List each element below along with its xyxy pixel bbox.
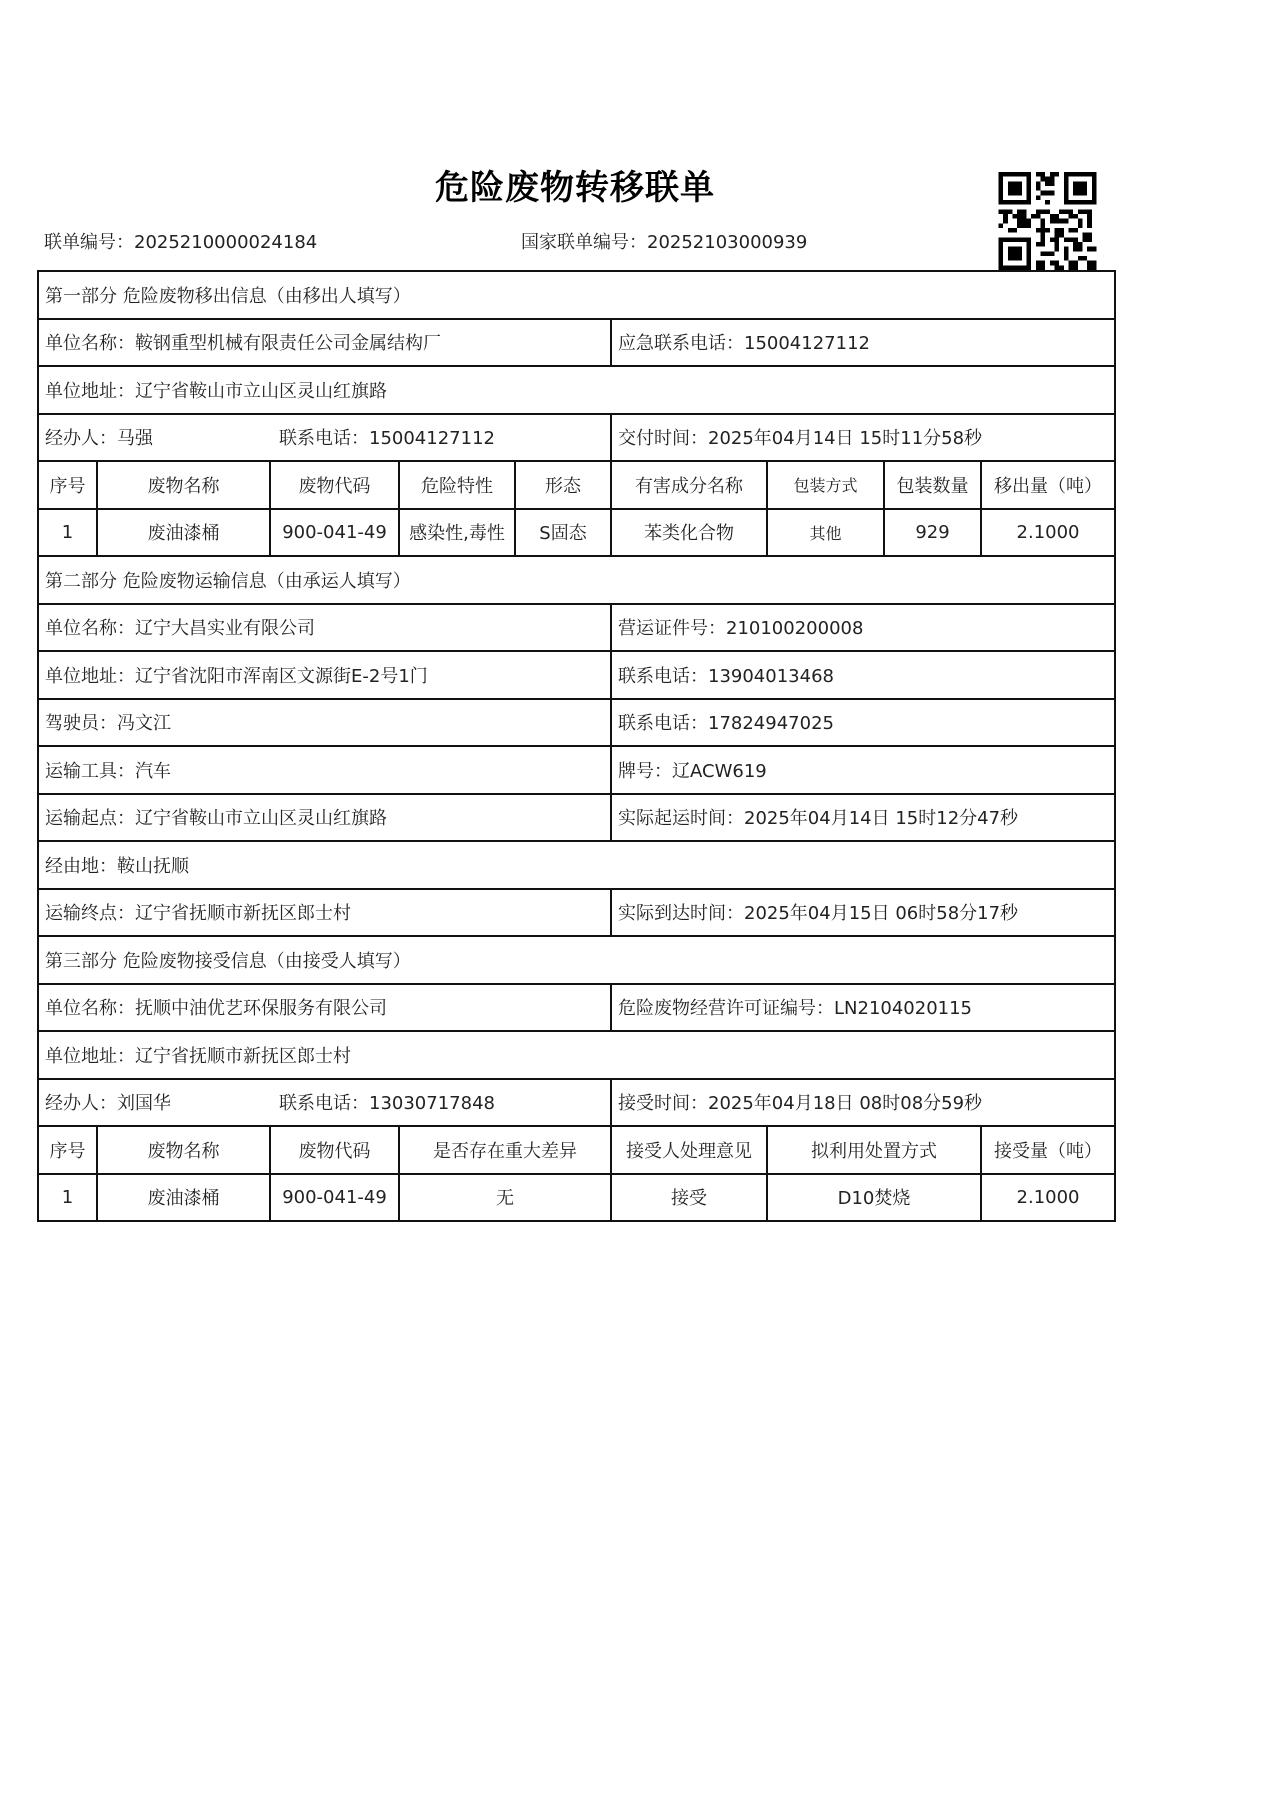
col-waste-name: 废物名称 [97, 1126, 270, 1174]
national-number-value: 20252103000939 [647, 232, 807, 253]
col-waste-code: 废物代码 [270, 461, 399, 509]
col-form: 形态 [515, 461, 611, 509]
col-seq: 序号 [38, 461, 97, 509]
part1-handler-phone: 联系电话：15004127112 [279, 428, 495, 449]
part3-columns-row: 序号 废物名称 废物代码 是否存在重大差异 接受人处理意见 拟利用处置方式 接受… [38, 1126, 1115, 1174]
part3-handler: 经办人：刘国华 [45, 1089, 279, 1115]
part1-delivery-time: 交付时间：2025年04月14日 15时11分58秒 [611, 414, 1115, 462]
part3-unit-name: 单位名称：抚顺中油优艺环保服务有限公司 [38, 984, 611, 1032]
part1-unit-name: 单位名称：鞍钢重型机械有限责任公司金属结构厂 [38, 319, 611, 367]
cell-received-quantity: 2.1000 [981, 1174, 1115, 1222]
part1-handler: 经办人：马强 [45, 424, 279, 450]
part2-address-row: 单位地址：辽宁省沈阳市浑南区文源街E-2号1门 联系电话：13904013468 [38, 651, 1115, 699]
part2-arrive-time: 实际到达时间：2025年04月15日 06时58分17秒 [611, 889, 1115, 937]
page-title: 危险废物转移联单 [0, 160, 1150, 209]
cell-receiver-opinion: 接受 [611, 1174, 767, 1222]
col-package-count: 包装数量 [884, 461, 981, 509]
part1-header-row: 第一部分 危险废物移出信息（由移出人填写） [38, 271, 1115, 319]
part3-address-row: 单位地址：辽宁省抚顺市新抚区郎士村 [38, 1031, 1115, 1079]
part2-via-row: 经由地：鞍山抚顺 [38, 841, 1115, 889]
cell-seq: 1 [38, 509, 97, 557]
table-row: 1 废油漆桶 900-041-49 无 接受 D10焚烧 2.1000 [38, 1174, 1115, 1222]
cell-seq: 1 [38, 1174, 97, 1222]
qr-code-icon [996, 172, 1099, 270]
part1-unit-row: 单位名称：鞍钢重型机械有限责任公司金属结构厂 应急联系电话：1500412711… [38, 319, 1115, 367]
part2-driver-phone: 联系电话：17824947025 [611, 699, 1115, 747]
part3-unit-row: 单位名称：抚顺中油优艺环保服务有限公司 危险废物经营许可证编号：LN210402… [38, 984, 1115, 1032]
part2-unit-row: 单位名称：辽宁大昌实业有限公司 营运证件号：210100200008 [38, 604, 1115, 652]
part2-unit-name: 单位名称：辽宁大昌实业有限公司 [38, 604, 611, 652]
part2-plate: 牌号：辽ACW619 [611, 746, 1115, 794]
manifest-table: 第一部分 危险废物移出信息（由移出人填写） 单位名称：鞍钢重型机械有限责任公司金… [37, 270, 1114, 1222]
part2-header: 第二部分 危险废物运输信息（由承运人填写） [38, 556, 1115, 604]
part3-receive-time: 接受时间：2025年04月18日 08时08分59秒 [611, 1079, 1115, 1127]
part2-license-no: 营运证件号：210100200008 [611, 604, 1115, 652]
part1-address-row: 单位地址：辽宁省鞍山市立山区灵山红旗路 [38, 366, 1115, 414]
cell-form: S固态 [515, 509, 611, 557]
part1-columns-row: 序号 废物名称 废物代码 危险特性 形态 有害成分名称 包装方式 包装数量 移出… [38, 461, 1115, 509]
cell-waste-name: 废油漆桶 [97, 1174, 270, 1222]
cell-disposal-method: D10焚烧 [767, 1174, 981, 1222]
part1-header: 第一部分 危险废物移出信息（由移出人填写） [38, 271, 1115, 319]
col-harmful-component: 有害成分名称 [611, 461, 767, 509]
part2-origin-row: 运输起点：辽宁省鞍山市立山区灵山红旗路 实际起运时间：2025年04月14日 1… [38, 794, 1115, 842]
part3-header: 第三部分 危险废物接受信息（由接受人填写） [38, 936, 1115, 984]
part1-handler-row: 经办人：马强联系电话：15004127112 交付时间：2025年04月14日 … [38, 414, 1115, 462]
cell-waste-code: 900-041-49 [270, 1174, 399, 1222]
part1-emergency-phone: 应急联系电话：15004127112 [611, 319, 1115, 367]
manifest-number-value: 2025210000024184 [134, 232, 317, 253]
cell-harmful-component: 苯类化合物 [611, 509, 767, 557]
part2-vehicle: 运输工具：汽车 [38, 746, 611, 794]
part3-handler-phone: 联系电话：13030717848 [279, 1093, 495, 1114]
part3-handler-row: 经办人：刘国华联系电话：13030717848 接受时间：2025年04月18日… [38, 1079, 1115, 1127]
col-disposal-method: 拟利用处置方式 [767, 1126, 981, 1174]
part2-vehicle-row: 运输工具：汽车 牌号：辽ACW619 [38, 746, 1115, 794]
col-hazard: 危险特性 [399, 461, 515, 509]
part3-header-row: 第三部分 危险废物接受信息（由接受人填写） [38, 936, 1115, 984]
col-packaging: 包装方式 [767, 461, 884, 509]
part2-origin: 运输起点：辽宁省鞍山市立山区灵山红旗路 [38, 794, 611, 842]
part1-unit-address: 单位地址：辽宁省鞍山市立山区灵山红旗路 [38, 366, 1115, 414]
part2-via: 经由地：鞍山抚顺 [38, 841, 1115, 889]
cell-package-count: 929 [884, 509, 981, 557]
col-waste-name: 废物名称 [97, 461, 270, 509]
part2-depart-time: 实际起运时间：2025年04月14日 15时12分47秒 [611, 794, 1115, 842]
part3-handler-cell: 经办人：刘国华联系电话：13030717848 [38, 1079, 611, 1127]
cell-waste-name: 废油漆桶 [97, 509, 270, 557]
cell-packaging: 其他 [767, 509, 884, 557]
national-manifest-number: 国家联单编号：20252103000939 [521, 228, 807, 254]
manifest-number: 联单编号：2025210000024184 [44, 228, 317, 254]
cell-major-discrepancy: 无 [399, 1174, 611, 1222]
cell-hazard: 感染性,毒性 [399, 509, 515, 557]
part3-permit-no: 危险废物经营许可证编号：LN2104020115 [611, 984, 1115, 1032]
part3-unit-address: 单位地址：辽宁省抚顺市新抚区郎士村 [38, 1031, 1115, 1079]
part2-destination-row: 运输终点：辽宁省抚顺市新抚区郎士村 实际到达时间：2025年04月15日 06时… [38, 889, 1115, 937]
cell-out-quantity: 2.1000 [981, 509, 1115, 557]
col-received-quantity: 接受量（吨） [981, 1126, 1115, 1174]
col-receiver-opinion: 接受人处理意见 [611, 1126, 767, 1174]
manifest-number-label: 联单编号： [44, 232, 134, 253]
col-seq: 序号 [38, 1126, 97, 1174]
part2-unit-phone: 联系电话：13904013468 [611, 651, 1115, 699]
part2-unit-address: 单位地址：辽宁省沈阳市浑南区文源街E-2号1门 [38, 651, 611, 699]
part2-driver: 驾驶员：冯文江 [38, 699, 611, 747]
part1-handler-cell: 经办人：马强联系电话：15004127112 [38, 414, 611, 462]
cell-waste-code: 900-041-49 [270, 509, 399, 557]
part2-destination: 运输终点：辽宁省抚顺市新抚区郎士村 [38, 889, 611, 937]
part2-header-row: 第二部分 危险废物运输信息（由承运人填写） [38, 556, 1115, 604]
col-out-quantity: 移出量（吨） [981, 461, 1115, 509]
part2-driver-row: 驾驶员：冯文江 联系电话：17824947025 [38, 699, 1115, 747]
col-waste-code: 废物代码 [270, 1126, 399, 1174]
col-major-discrepancy: 是否存在重大差异 [399, 1126, 611, 1174]
national-number-label: 国家联单编号： [521, 232, 647, 253]
table-row: 1 废油漆桶 900-041-49 感染性,毒性 S固态 苯类化合物 其他 92… [38, 509, 1115, 557]
